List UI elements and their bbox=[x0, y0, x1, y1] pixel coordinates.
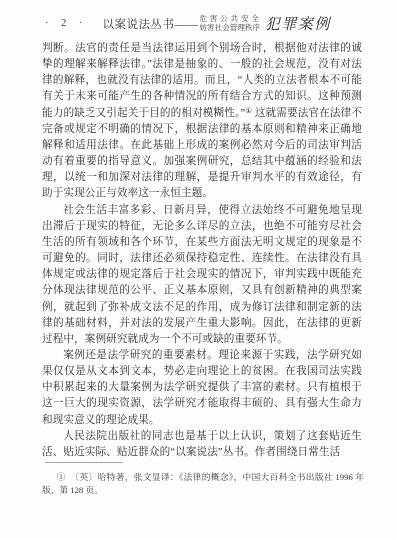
paragraph-1-text-after-ref: 这就需要法官在法律不完备或规定不明确的情况下，根据法律的基本原则和精神来正确地解… bbox=[42, 108, 362, 200]
footnote-citation: 〔英〕哈特著，张文显译：《法律的概念》，中国大百科全书出版社 1996 年版，第… bbox=[42, 472, 364, 495]
book-page: · 2 · 以案说法丛书—— 危害公共安全 妨害社会管理秩序 犯罪案例 判断。法… bbox=[0, 0, 397, 539]
paragraph-1: 判断。法官的责任是当法律运用到个别场合时，根据他对法律的诚挚的理解来解释法律。”… bbox=[42, 41, 362, 203]
paragraph-3: 案例还是法学研究的重要素材。理论来源于实践，法学研究如果仅仅是从文本到文本，势必… bbox=[42, 348, 362, 429]
page-number: · 2 · bbox=[45, 18, 88, 29]
paragraph-2: 社会生活丰富多彩、日新月异，使得立法始终不可避免地呈现出滞后于现实的特征，无论多… bbox=[42, 203, 362, 348]
page-body: 判断。法官的责任是当法律运用到个别场合时，根据他对法律的诚挚的理解来解释法律。”… bbox=[42, 41, 362, 461]
footnote-section: ① 〔英〕哈特著，张文显译：《法律的概念》，中国大百科全书出版社 1996 年版… bbox=[42, 471, 364, 496]
subtitle-line2: 妨害社会管理秩序 bbox=[200, 24, 262, 33]
footnote-divider bbox=[45, 462, 123, 463]
series-title: 以案说法丛书—— bbox=[103, 16, 199, 32]
paragraph-4: 人民法院出版社的同志也是基于以上认识，策划了这套贴近生活、贴近实际、贴近群众的“… bbox=[42, 429, 362, 461]
subtitle-stack: 危害公共安全 妨害社会管理秩序 bbox=[200, 15, 262, 32]
book-title: 犯罪案例 bbox=[265, 13, 331, 34]
footnote-marker: ① bbox=[57, 472, 66, 482]
page-header: · 2 · 以案说法丛书—— 危害公共安全 妨害社会管理秩序 犯罪案例 bbox=[45, 13, 367, 34]
footnote-text: ① 〔英〕哈特著，张文显译：《法律的概念》，中国大百科全书出版社 1996 年版… bbox=[42, 471, 364, 496]
